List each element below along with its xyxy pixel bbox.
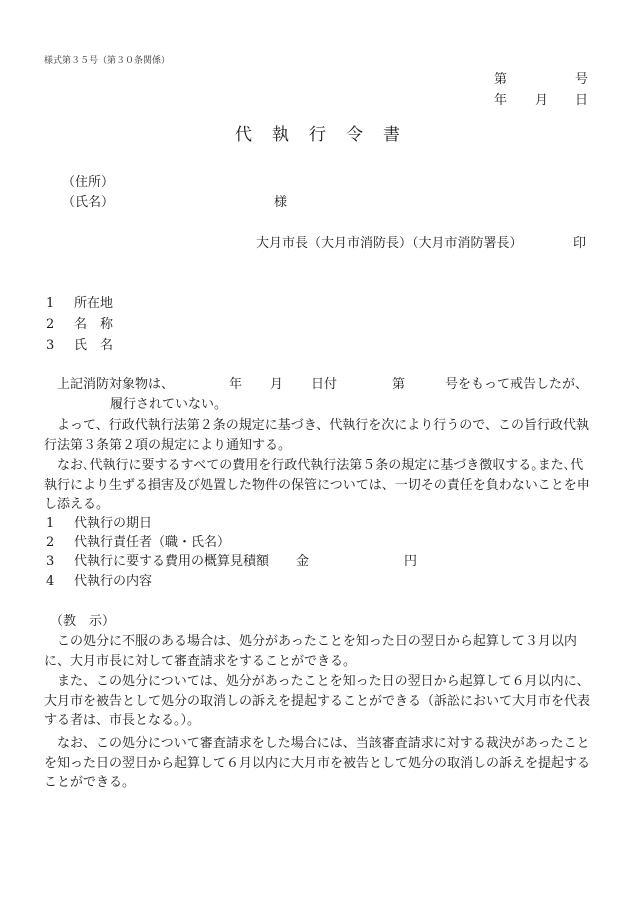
address-label: （住所）: [62, 173, 114, 193]
execution-item: 1代執行の期日: [46, 514, 152, 534]
instruction-paragraph: なお、この処分について審査請求をした場合には、当該審査請求に対する裁決があったこ…: [44, 734, 592, 793]
form-number-label: 様式第３５号（第３０条関係）: [44, 53, 170, 66]
seal-mark: 印: [573, 234, 586, 254]
document-title: 代執行令書: [235, 120, 420, 145]
name-label: （氏名）: [62, 193, 114, 213]
document-number-prefix: 第: [494, 70, 507, 90]
instruction-heading: （教 示）: [50, 612, 115, 632]
execution-item: 4代執行の内容: [46, 572, 152, 592]
instruction-paragraph: また、この処分については、処分があったことを知った日の翌日から起算して６月以内に…: [44, 672, 592, 731]
amount-suffix: 円: [404, 552, 417, 572]
honorific: 様: [274, 193, 287, 213]
document-number-suffix: 号: [575, 70, 588, 90]
target-item: 1所在地: [46, 294, 113, 314]
date-day: 日: [575, 91, 588, 111]
date-year: 年: [494, 91, 507, 111]
amount-prefix: 金: [296, 552, 309, 572]
issuer-name: 大月市長（大月市消防長）（大月市消防署長）: [256, 234, 523, 254]
instruction-paragraph: この処分に不服のある場合は、処分があったことを知った日の翌日から起算して３月以内…: [44, 632, 592, 671]
cost-paragraph: なお､代執行に要するすべての費用を行政代執行法第５条の規定に基づき徴収する｡また…: [44, 456, 592, 515]
date-month: 月: [535, 91, 548, 111]
execution-item: 3代執行に要する費用の概算見積額: [46, 552, 269, 572]
notice-paragraph: よって、行政代執行法第２条の規定に基づき、代執行を次により行うので、この旨行政代…: [44, 416, 592, 455]
target-item: 3氏 名: [46, 336, 113, 356]
execution-item: 2代執行責任者（職・氏名）: [46, 533, 230, 553]
target-item: 2名 称: [46, 315, 113, 335]
